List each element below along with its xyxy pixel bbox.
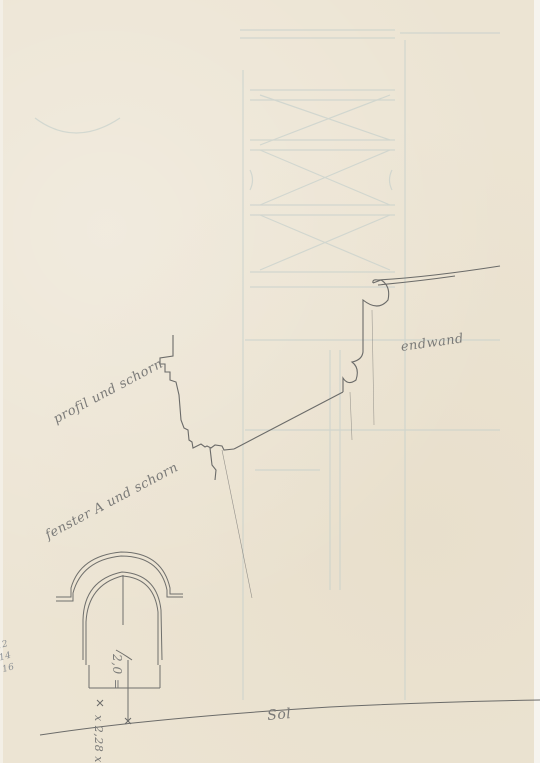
sketch-drawing (0, 0, 540, 763)
base-dimension: x 2,28 x (92, 715, 105, 763)
faint-facade-underdrawing (35, 30, 500, 700)
window-arch-detail (56, 552, 183, 722)
floor-annotation: Sol (267, 706, 292, 724)
height-dimension: 2,0 = (110, 654, 124, 689)
